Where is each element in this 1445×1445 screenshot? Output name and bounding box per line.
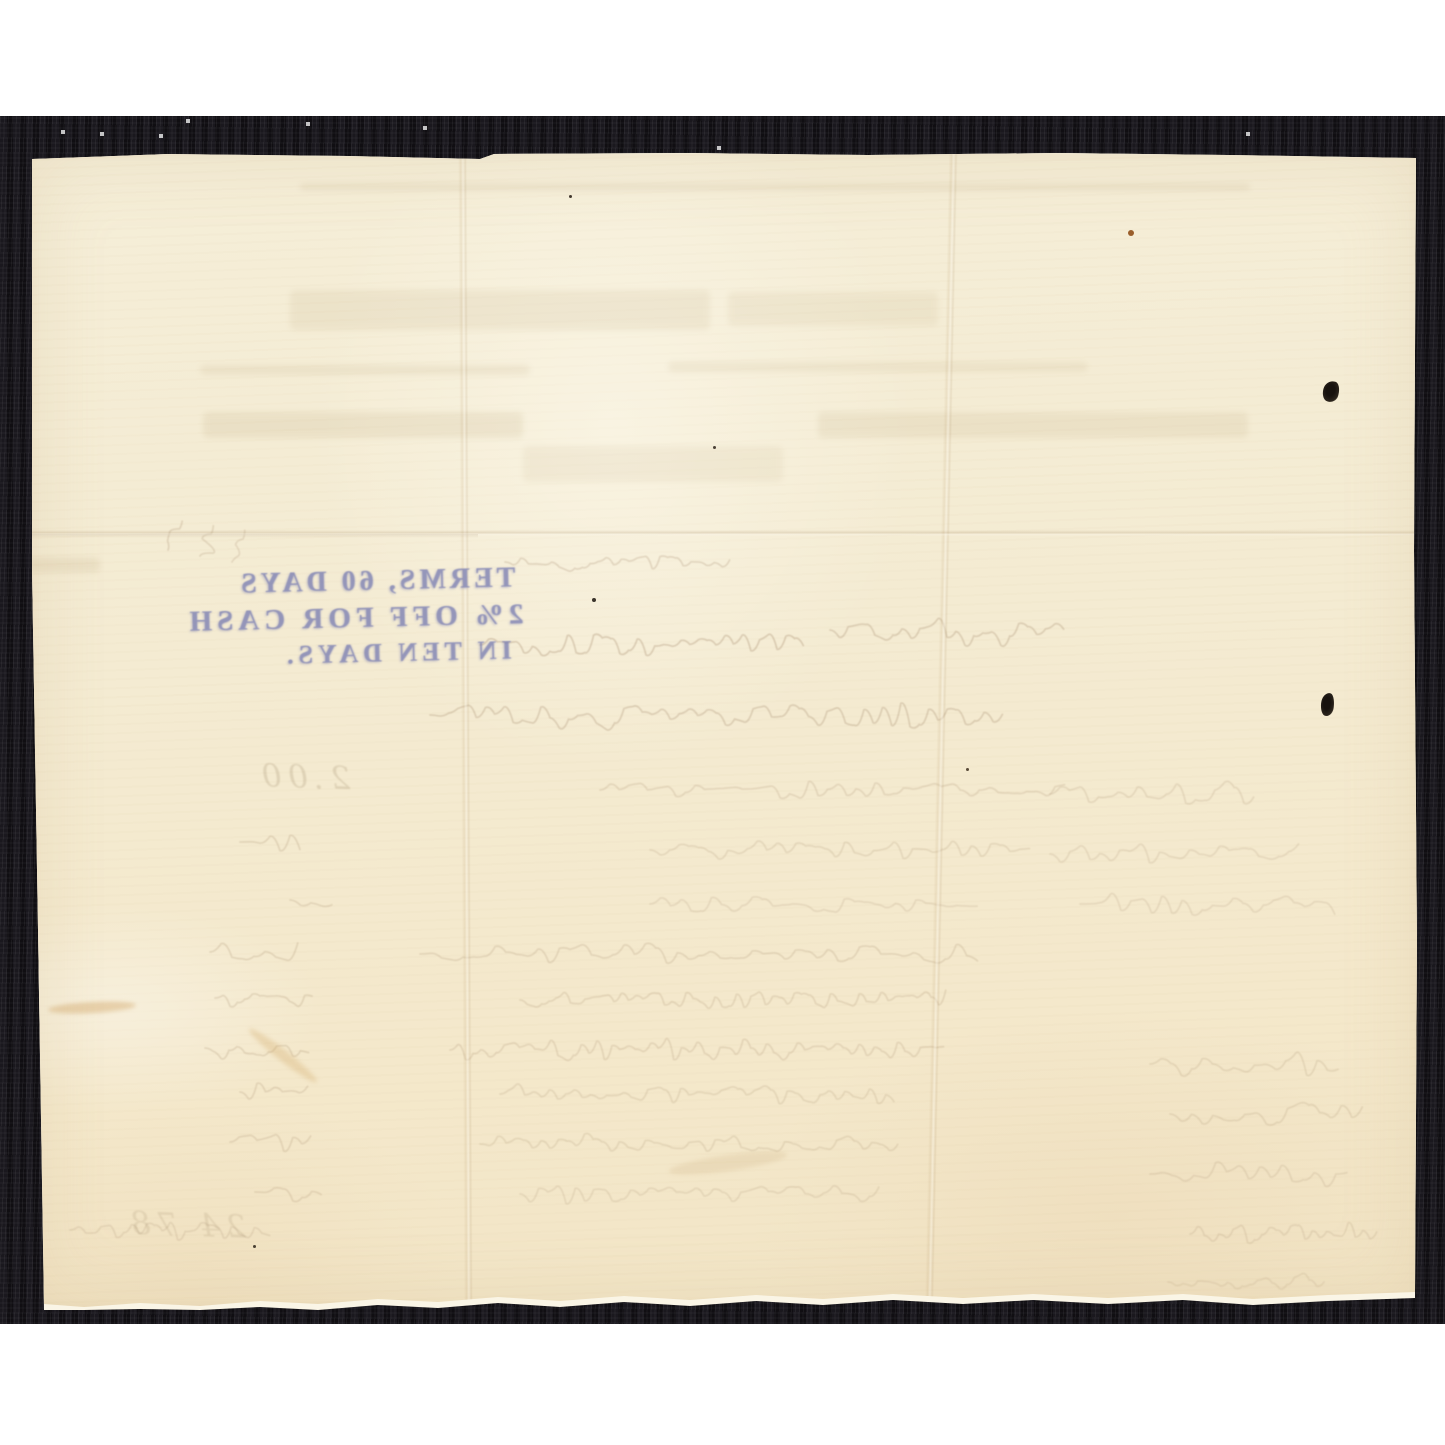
paper-surface: TERMS, 60 DAYS 2% OFF FOR CASH IN TEN DA… — [28, 150, 1420, 1310]
handwriting-squiggle — [600, 782, 1065, 799]
handwriting-squiggle — [162, 518, 183, 550]
handwriting-squiggle — [450, 1039, 944, 1061]
handwriting-squiggle — [215, 994, 312, 1007]
handwriting-squiggle — [195, 524, 224, 561]
paper-speck — [713, 446, 716, 449]
handwriting-squiggle — [1150, 1052, 1338, 1076]
handwriting-squiggle — [430, 703, 1002, 730]
handwriting-squiggle — [1190, 1223, 1377, 1243]
handwriting-squiggle — [240, 835, 300, 850]
handwriting-squiggle — [520, 1186, 879, 1204]
handwriting-squiggle — [420, 943, 977, 963]
handwriting-fragment: 24 78 — [67, 1202, 303, 1248]
paper-speck — [592, 598, 596, 602]
terms-stamp: TERMS, 60 DAYS 2% OFF FOR CASH IN TEN DA… — [185, 559, 527, 675]
handwriting-squiggle — [830, 618, 1064, 646]
paper-speck — [569, 195, 572, 198]
mat-dust-specks — [0, 116, 2, 118]
handwriting-fragment: 2.00 — [237, 756, 368, 799]
handwriting-squiggle — [255, 1188, 321, 1202]
paper-speck — [1128, 230, 1134, 236]
handwriting-squiggle — [1168, 1273, 1324, 1289]
handwriting-squiggle — [480, 1133, 898, 1151]
handwriting-squiggle — [650, 897, 977, 912]
handwriting-squiggle — [210, 943, 298, 960]
black-mat-background: TERMS, 60 DAYS 2% OFF FOR CASH IN TEN DA… — [0, 116, 1445, 1324]
handwriting-squiggle — [228, 529, 251, 563]
handwriting-squiggle — [1080, 894, 1335, 916]
handwriting-squiggle — [1150, 1162, 1347, 1186]
handwriting-squiggle — [240, 1083, 308, 1099]
paper-speck — [966, 768, 969, 771]
paper-speck — [253, 1245, 256, 1248]
handwriting-squiggle — [520, 990, 946, 1008]
handwriting-squiggle — [1050, 781, 1254, 803]
handwriting-squiggle — [650, 841, 1029, 859]
handwriting-squiggle — [230, 1135, 311, 1152]
handwriting-squiggle — [500, 1084, 894, 1104]
handwriting-squiggle — [290, 900, 332, 907]
handwriting-squiggle — [1050, 844, 1299, 863]
handwriting-squiggle — [1170, 1103, 1362, 1125]
invoice-paper-back: TERMS, 60 DAYS 2% OFF FOR CASH IN TEN DA… — [28, 150, 1420, 1310]
handwriting-showthrough — [28, 150, 1420, 1310]
photo-scan: TERMS, 60 DAYS 2% OFF FOR CASH IN TEN DA… — [0, 0, 1445, 1445]
